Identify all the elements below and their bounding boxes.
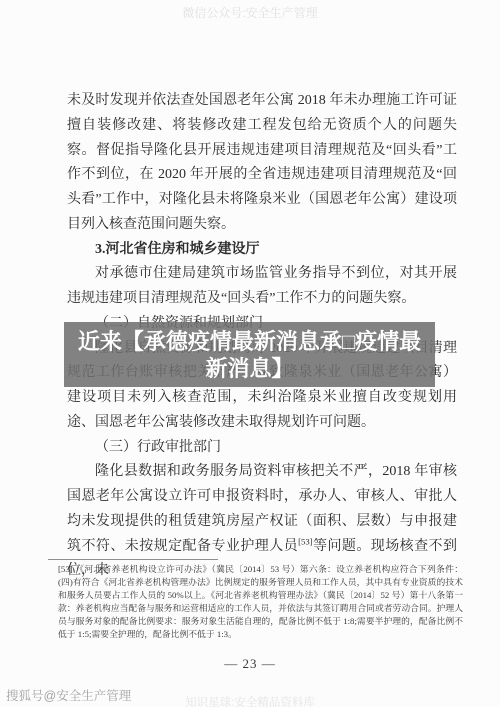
watermark-top: 微信公众号:安全生产管理 xyxy=(0,4,500,21)
overlay-text-line1: 近来【承德疫情最新消息承□疫情最 xyxy=(78,328,421,355)
watermark-bottom-center: 知识星球:安全精品资料库 xyxy=(0,694,500,707)
overlay-text-line2: 新消息】 xyxy=(205,355,293,382)
footnote-reference: [53] xyxy=(298,536,312,546)
footnote-marker: [53] xyxy=(58,564,73,574)
paragraph-2: 对承德市住建局建筑市场监管业务指导不到位，对其开展违规违建项目清理规范及“回头看… xyxy=(67,262,457,312)
footnote-text: 《河北省养老机构设立许可办法》（冀民〔2014〕53 号）第六条：设立养老机构应… xyxy=(58,564,463,639)
footnote-separator xyxy=(48,559,218,560)
heading-subsection-3: （三）行政审批部门 xyxy=(67,436,457,461)
page-number: — 23 — xyxy=(0,656,500,672)
overlay-banner: 近来【承德疫情最新消息承□疫情最 新消息】 xyxy=(64,322,435,387)
footnote: [53] 《河北省养老机构设立许可办法》（冀民〔2014〕53 号）第六条：设立… xyxy=(58,563,463,641)
heading-section-3: 3.河北省住房和城乡建设厅 xyxy=(67,238,457,263)
document-page: 微信公众号:安全生产管理 未及时发现并依法查处国恩老年公寓 2018 年未办理施… xyxy=(0,0,500,707)
paragraph-continuation: 未及时发现并依法查处国恩老年公寓 2018 年未办理施工许可证擅自装修改建、将装… xyxy=(67,89,457,238)
